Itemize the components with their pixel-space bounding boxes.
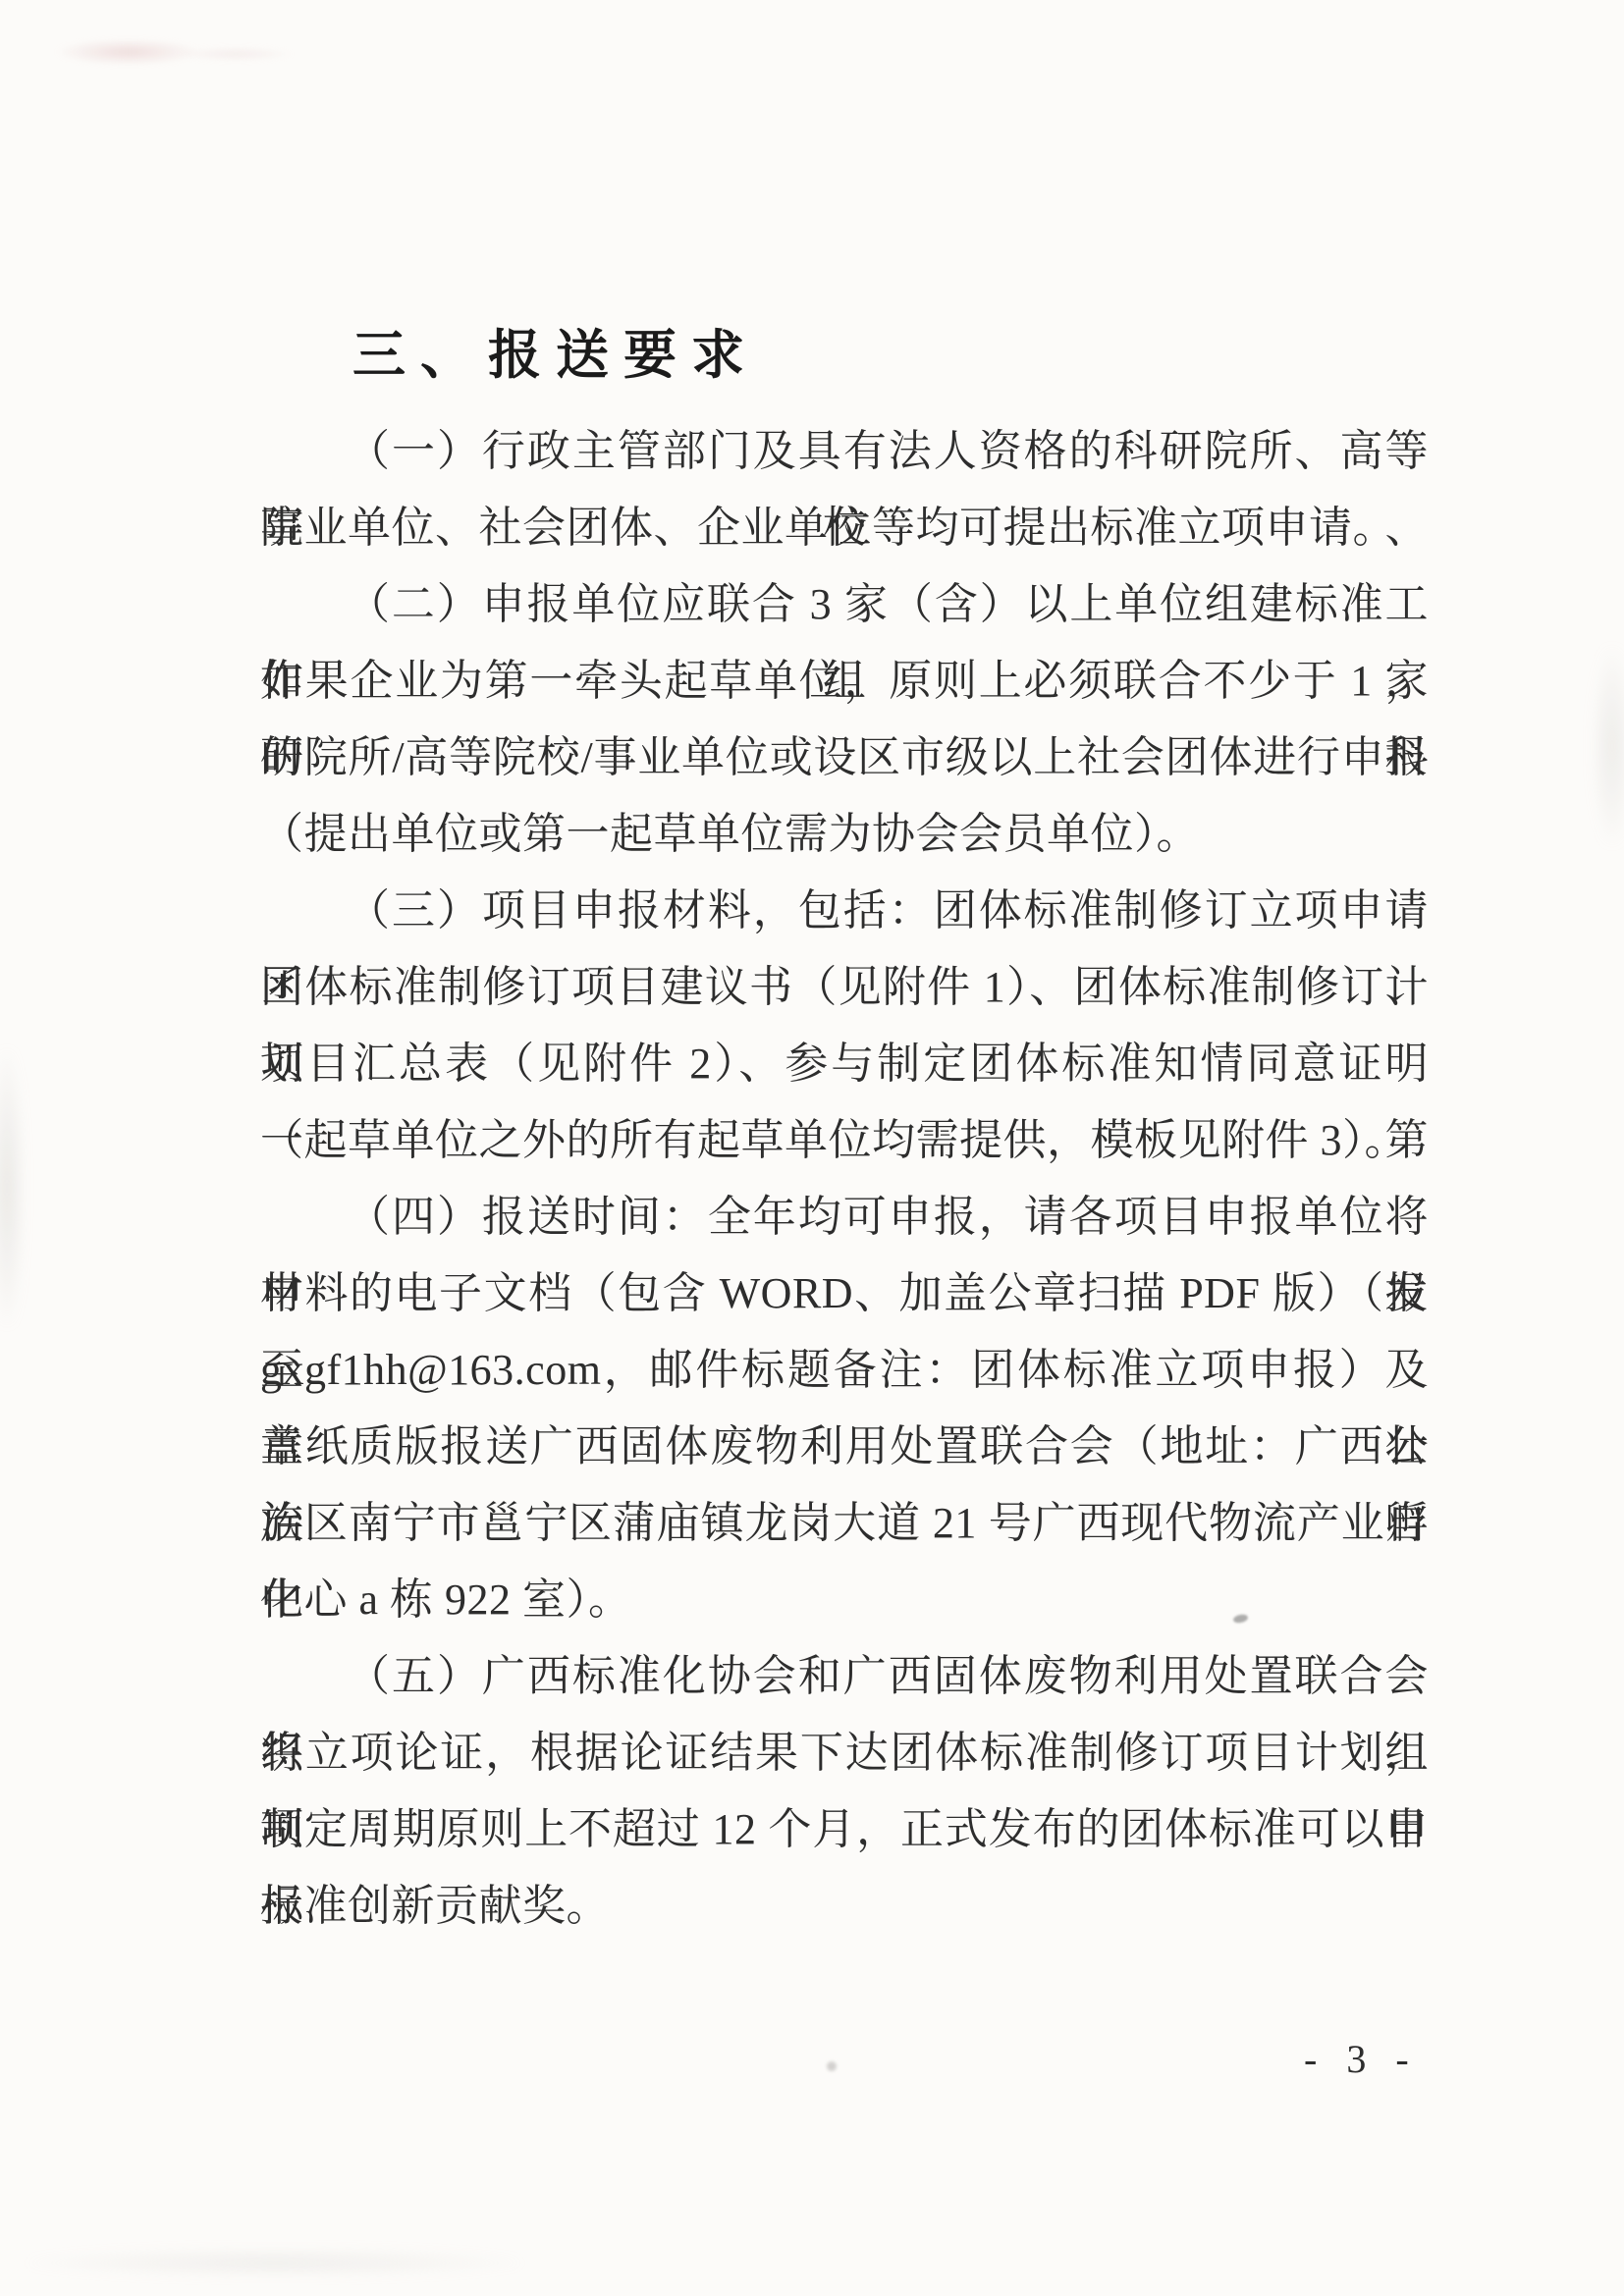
scan-smudge [29,2248,520,2277]
scan-smudge [177,47,295,61]
text-line: 标准创新贡献奖。 [260,1868,1429,1945]
text-line: 团体标准制修订项目建议书（见附件 1）、团体标准制修订计划 [260,949,1429,1026]
text-line: （一）行政主管部门及具有法人资格的科研院所、高等院校、 [260,413,1429,490]
text-line: 制定周期原则上不超过 12 个月，正式发布的团体标准可以申报 [260,1791,1429,1868]
text-line: 如果企业为第一牵头起草单位，原则上必须联合不少于 1 家的科 [260,643,1429,720]
paragraph: （五）广西标准化协会和广西固体废物利用处置联合会将组织立项论证，根据论证结果下达… [260,1638,1429,1945]
document-page: 三、报送要求 （一）行政主管部门及具有法人资格的科研院所、高等院校、事业单位、社… [0,0,1624,2296]
text-line: （四）报送时间：全年均可申报，请各项目申报单位将申报 [260,1179,1429,1255]
scan-smudge [0,1050,24,1325]
text-line: 事业单位、社会团体、企业单位等均可提出标准立项申请。 [260,490,1429,566]
document-body: （一）行政主管部门及具有法人资格的科研院所、高等院校、事业单位、社会团体、企业单… [260,413,1429,1945]
text-line: 中心 a 栋 922 室）。 [260,1562,1429,1638]
text-line: 织立项论证，根据论证结果下达团体标准制修订项目计划，项目 [260,1715,1429,1791]
text-line: gxgf1hh@163.com，邮件标题备注：团体标准立项申报）及盖公 [260,1332,1429,1409]
scan-smudge [57,39,199,65]
document-content: 三、报送要求 （一）行政主管部门及具有法人资格的科研院所、高等院校、事业单位、社… [260,317,1429,1945]
paragraph: （一）行政主管部门及具有法人资格的科研院所、高等院校、事业单位、社会团体、企业单… [260,413,1429,566]
text-line: 研院所/高等院校/事业单位或设区市级以上社会团体进行申报 [260,720,1429,796]
text-line: 项目汇总表（见附件 2）、参与制定团体标准知情同意证明（第 [260,1026,1429,1102]
paragraph: （四）报送时间：全年均可申报，请各项目申报单位将申报材料的电子文档（包含 WOR… [260,1179,1429,1638]
text-line: （二）申报单位应联合 3 家（含）以上单位组建标准工作组， [260,566,1429,643]
text-line: 章纸质版报送广西固体废物利用处置联合会（地址：广西壮族自 [260,1409,1429,1485]
text-line: 材料的电子文档（包含 WORD、加盖公章扫描 PDF 版）（发至 [260,1255,1429,1332]
scan-speck [827,2061,837,2071]
scan-smudge [1593,648,1624,844]
page-number: - 3 - [1304,2030,1419,2089]
paragraph: （二）申报单位应联合 3 家（含）以上单位组建标准工作组，如果企业为第一牵头起草… [260,566,1429,873]
text-line: （提出单位或第一起草单位需为协会会员单位）。 [260,796,1429,873]
text-line: （五）广西标准化协会和广西固体废物利用处置联合会将组 [260,1638,1429,1715]
text-line: （三）项目申报材料，包括：团体标准制修订立项申请函、 [260,873,1429,949]
section-heading: 三、报送要求 [260,317,1429,394]
text-line: 治区南宁市邕宁区蒲庙镇龙岗大道 21 号广西现代物流产业孵化 [260,1485,1429,1562]
text-line: 一起草单位之外的所有起草单位均需提供，模板见附件 3）。 [260,1102,1429,1179]
paragraph: （三）项目申报材料，包括：团体标准制修订立项申请函、团体标准制修订项目建议书（见… [260,873,1429,1179]
